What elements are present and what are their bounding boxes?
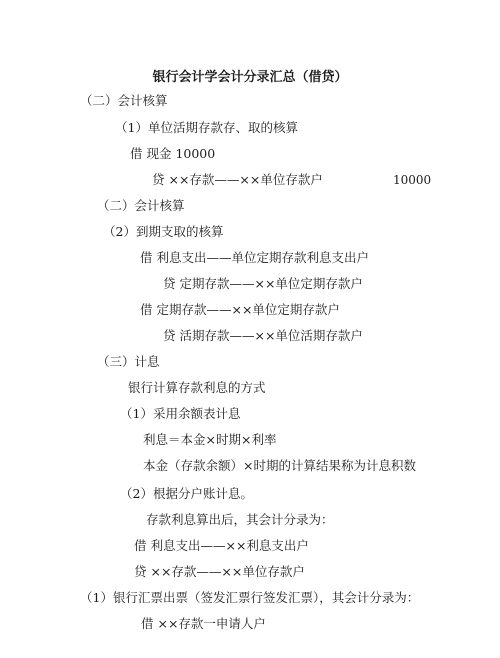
- credit-entry: 贷 ××存款——××单位存款户: [134, 564, 305, 580]
- section-heading: （二）会计核算: [97, 198, 185, 214]
- paragraph: 本金（存款余额）×时期的计算结果称为计息积数: [143, 458, 416, 474]
- debit-entry: 借 利息支出——单位定期存款利息支出户: [140, 250, 369, 266]
- debit-entry: 借 定期存款——××单位定期存款户: [140, 302, 340, 318]
- credit-entry: 贷 活期存款——××单位活期存款户: [163, 328, 363, 344]
- subsection-heading: （2）根据分户账计息。: [120, 486, 253, 502]
- paragraph: 银行计算存款利息的方式: [128, 380, 266, 396]
- subsection-heading: （1）采用余额表计息: [120, 406, 240, 422]
- credit-entry: 贷 ××存款——××单位存款户: [152, 172, 323, 188]
- credit-amount: 10000: [393, 173, 431, 187]
- section-heading: （二）会计核算: [80, 93, 168, 109]
- debit-entry: 借 ××存款一申请人户: [141, 616, 266, 632]
- formula: 利息＝本金×时期×利率: [143, 432, 276, 448]
- subsection-heading: （2）到期支取的核算: [103, 224, 223, 240]
- section-heading: （三）计息: [97, 354, 160, 370]
- subsection-heading: （1）银行汇票出票（签发汇票行签发汇票），其会计分录为：: [80, 590, 419, 606]
- paragraph: 存款利息算出后，其会计分录为：: [146, 512, 334, 528]
- credit-entry: 贷 定期存款——××单位定期存款户: [163, 276, 363, 292]
- debit-entry: 借 现金 10000: [130, 146, 215, 162]
- subsection-heading: （1）单位活期存款存、取的核算: [115, 120, 298, 136]
- debit-entry: 借 利息支出——××利息支出户: [134, 538, 309, 554]
- document-title: 银行会计学会计分录汇总（借贷）: [0, 66, 500, 85]
